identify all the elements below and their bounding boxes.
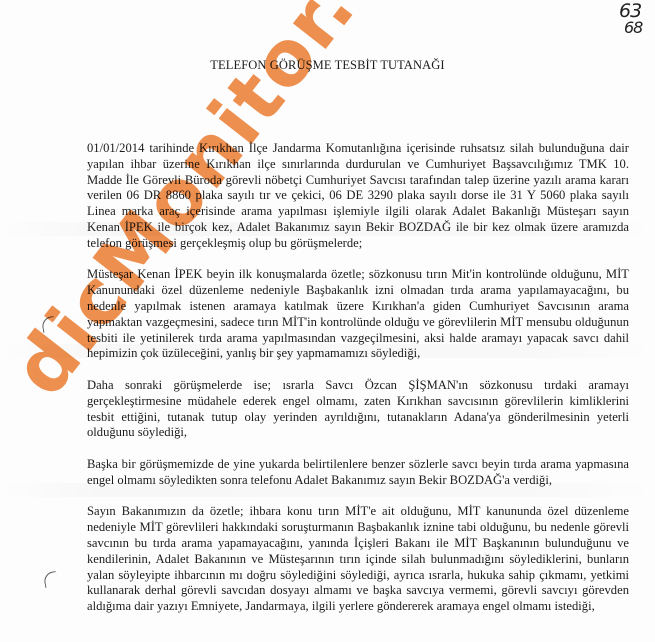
handwritten-page-number-secondary: 68 — [624, 21, 642, 35]
scanned-document-page: 63 68 TELEFON GÖRÜŞME TESBİT TUTANAĞI 01… — [0, 0, 655, 642]
document-title: TELEFON GÖRÜŞME TESBİT TUTANAĞI — [0, 58, 655, 73]
paragraph-ipek-first-calls: Müsteşar Kenan İPEK beyin ilk konuşmalar… — [87, 267, 629, 362]
paragraph-intro: 01/01/2014 tarihinde Kırıkhan İlçe Janda… — [87, 141, 629, 252]
paragraph-handover-to-minister: Başka bir görüşmemizde de yine yukarda b… — [87, 457, 629, 489]
document-body: 01/01/2014 tarihinde Kırıkhan İlçe Janda… — [87, 141, 629, 631]
handwritten-page-number: 63 — [619, 4, 641, 18]
margin-pen-mark — [43, 571, 58, 588]
margin-pen-mark — [41, 316, 56, 333]
paragraph-later-calls: Daha sonraki görüşmelerde ise; ısrarla S… — [87, 378, 629, 441]
paragraph-minister-statement: Sayın Bakanımızın da özetle; ihbara konu… — [87, 504, 629, 615]
